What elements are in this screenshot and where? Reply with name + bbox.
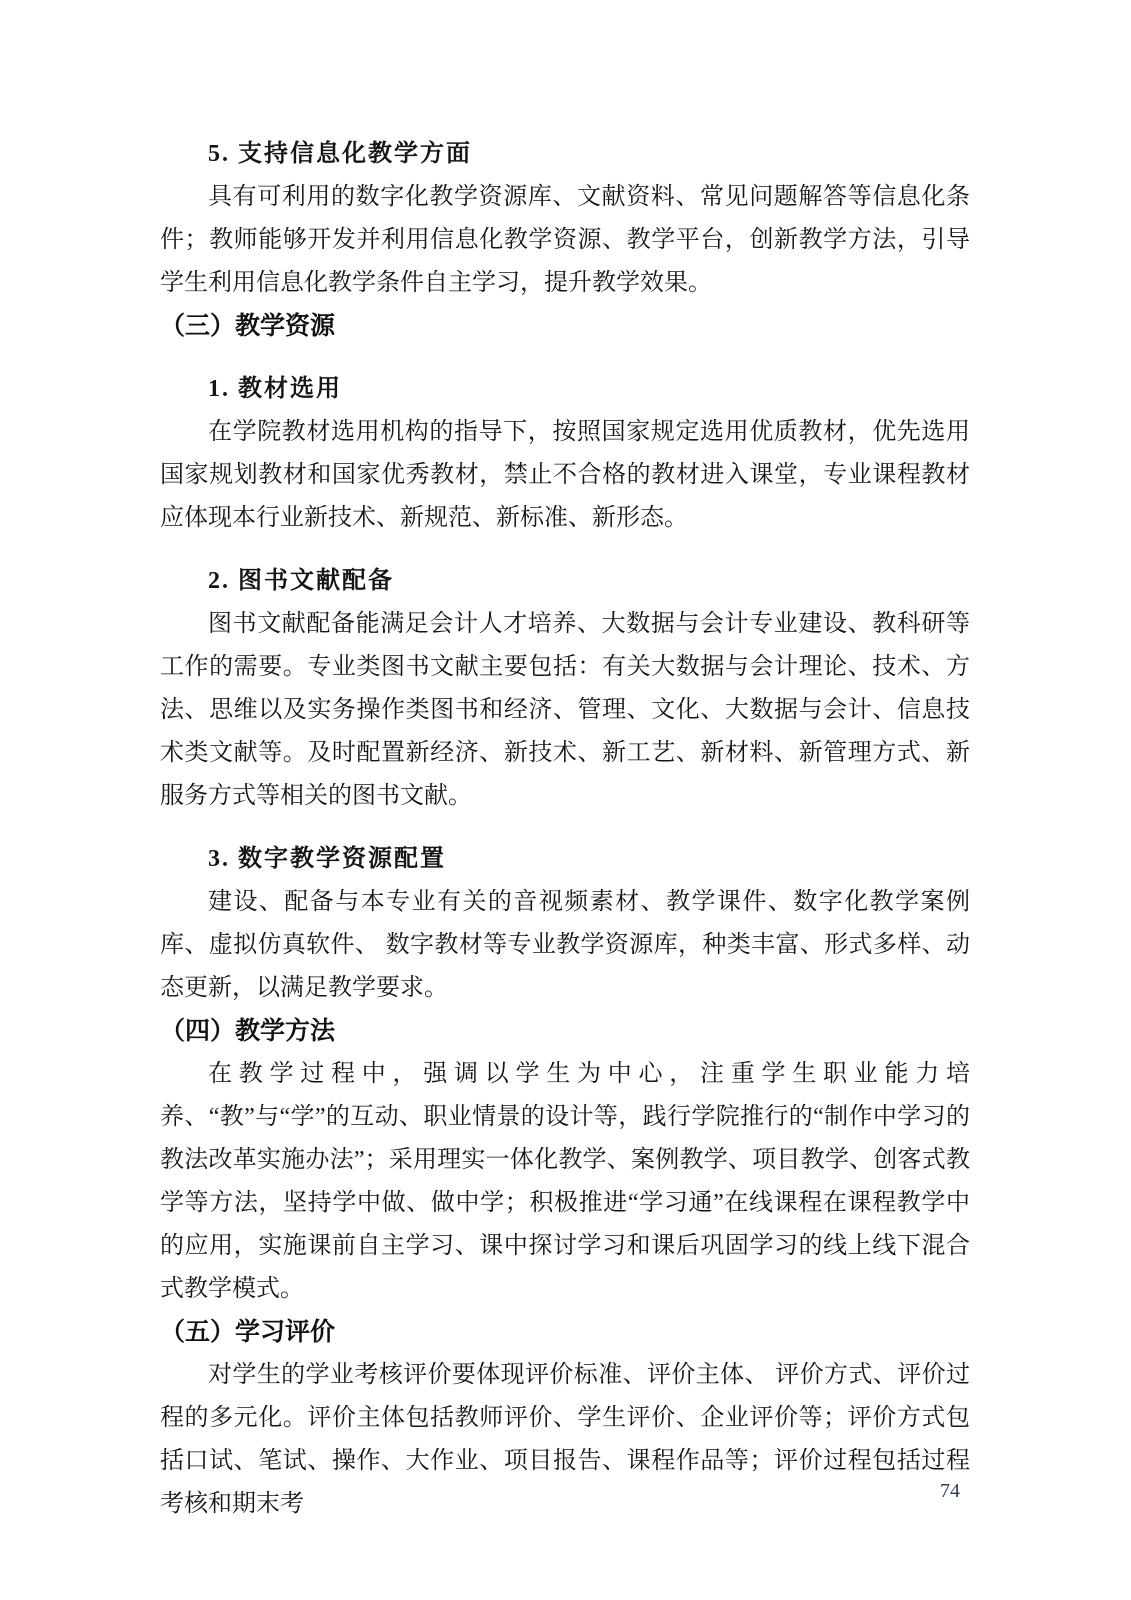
paragraph: 在教学过程中，强调以学生为中心，注重学生职业能力培养、“教”与“学”的互动、职业…	[160, 1053, 970, 1311]
paragraph: 在学院教材选用机构的指导下，按照国家规定选用优质教材，优先选用国家规划教材和国家…	[160, 411, 970, 540]
paragraph: 对学生的学业考核评价要体现评价标准、评价主体、 评价方式、评价过程的多元化。评价…	[160, 1354, 970, 1526]
paragraph: 建设、配备与本专业有关的音视频素材、教学课件、数字化教学案例库、虚拟仿真软件、 …	[160, 881, 970, 1010]
subsection-heading: 1. 教材选用	[160, 368, 970, 411]
section-heading: （五）学习评价	[160, 1311, 970, 1354]
paragraph: 图书文献配备能满足会计人才培养、大数据与会计专业建设、教科研等工作的需要。专业类…	[160, 603, 970, 818]
paragraph: 具有可利用的数字化教学资源库、文献资料、常见问题解答等信息化条件；教师能够开发并…	[160, 176, 970, 305]
section-heading: （三）教学资源	[160, 305, 970, 348]
document-page: 5. 支持信息化教学方面具有可利用的数字化教学资源库、文献资料、常见问题解答等信…	[0, 0, 1131, 1600]
document-content: 5. 支持信息化教学方面具有可利用的数字化教学资源库、文献资料、常见问题解答等信…	[160, 133, 970, 1526]
subsection-heading: 3. 数字教学资源配置	[160, 838, 970, 881]
subsection-heading: 2. 图书文献配备	[160, 560, 970, 603]
subsection-heading: 5. 支持信息化教学方面	[160, 133, 970, 176]
page-number: 74	[940, 1479, 960, 1503]
section-heading: （四）教学方法	[160, 1010, 970, 1053]
